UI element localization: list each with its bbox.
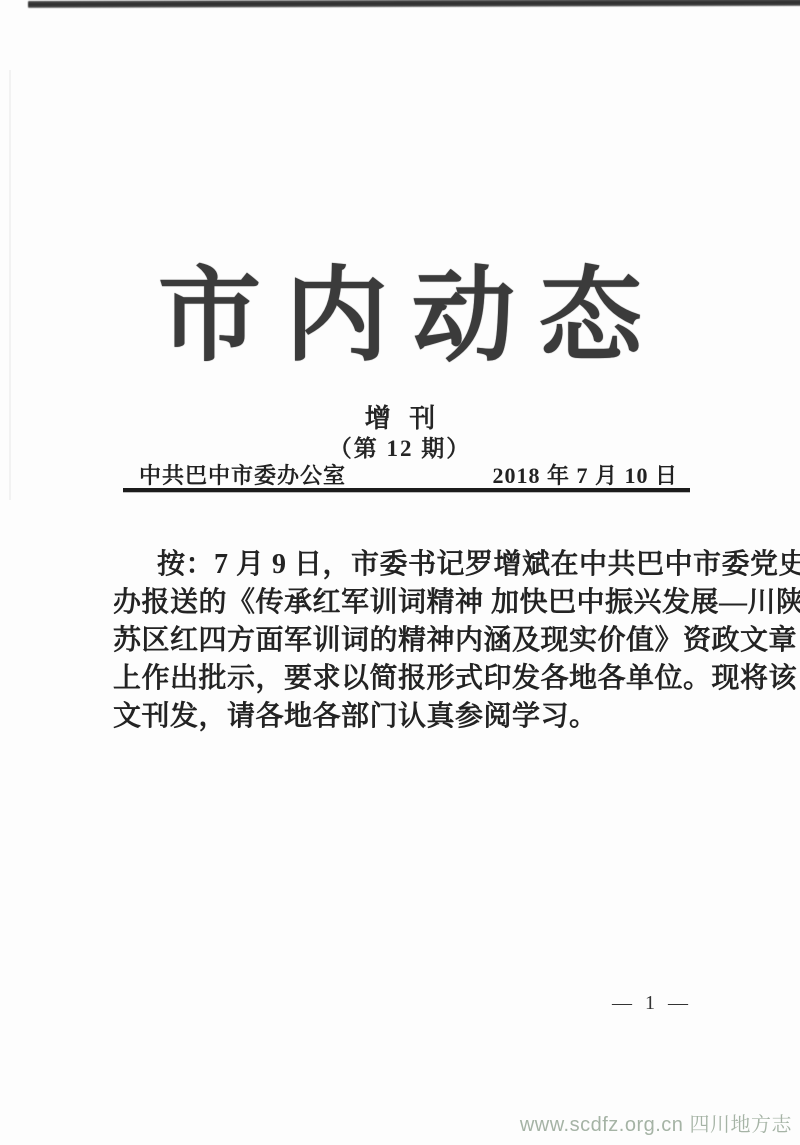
page-number: — 1 — bbox=[612, 992, 692, 1015]
scanned-document-page: 市内动态 增 刊 （第 12 期） 中共巴中市委办公室 2018 年 7 月 1… bbox=[0, 0, 800, 1145]
editor-note-paragraph: 按：7 月 9 日，市委书记罗增斌在中共巴中市委党史 办报送的《传承红军训词精神… bbox=[113, 546, 688, 736]
issue-date: 2018 年 7 月 10 日 bbox=[492, 459, 690, 490]
body-line: 按：7 月 9 日，市委书记罗增斌在中共巴中市委党史 bbox=[113, 546, 688, 584]
publisher-name: 中共巴中市委办公室 bbox=[123, 459, 346, 490]
note-prefix: 按： bbox=[157, 549, 214, 580]
body-line: 上作出批示，要求以简报形式印发各地各单位。现将该 bbox=[113, 660, 688, 698]
body-line: 苏区红四方面军训词的精神内涵及现实价值》资政文章 bbox=[113, 622, 688, 660]
body-line: 办报送的《传承红军训词精神 加快巴中振兴发展—川陕 bbox=[113, 584, 688, 622]
body-line-text: 7 月 9 日，市委书记罗增斌在中共巴中市委党史 bbox=[214, 549, 800, 580]
scan-top-edge-artifact bbox=[28, 0, 800, 8]
header-divider-rule bbox=[123, 488, 690, 492]
site-watermark: www.scdfz.org.cn 四川地方志 bbox=[520, 1108, 792, 1137]
body-line: 文刊发，请各地各部门认真参阅学习。 bbox=[113, 698, 688, 736]
masthead-header-row: 中共巴中市委办公室 2018 年 7 月 10 日 bbox=[123, 459, 690, 490]
masthead-title: 市内动态 bbox=[0, 252, 800, 381]
